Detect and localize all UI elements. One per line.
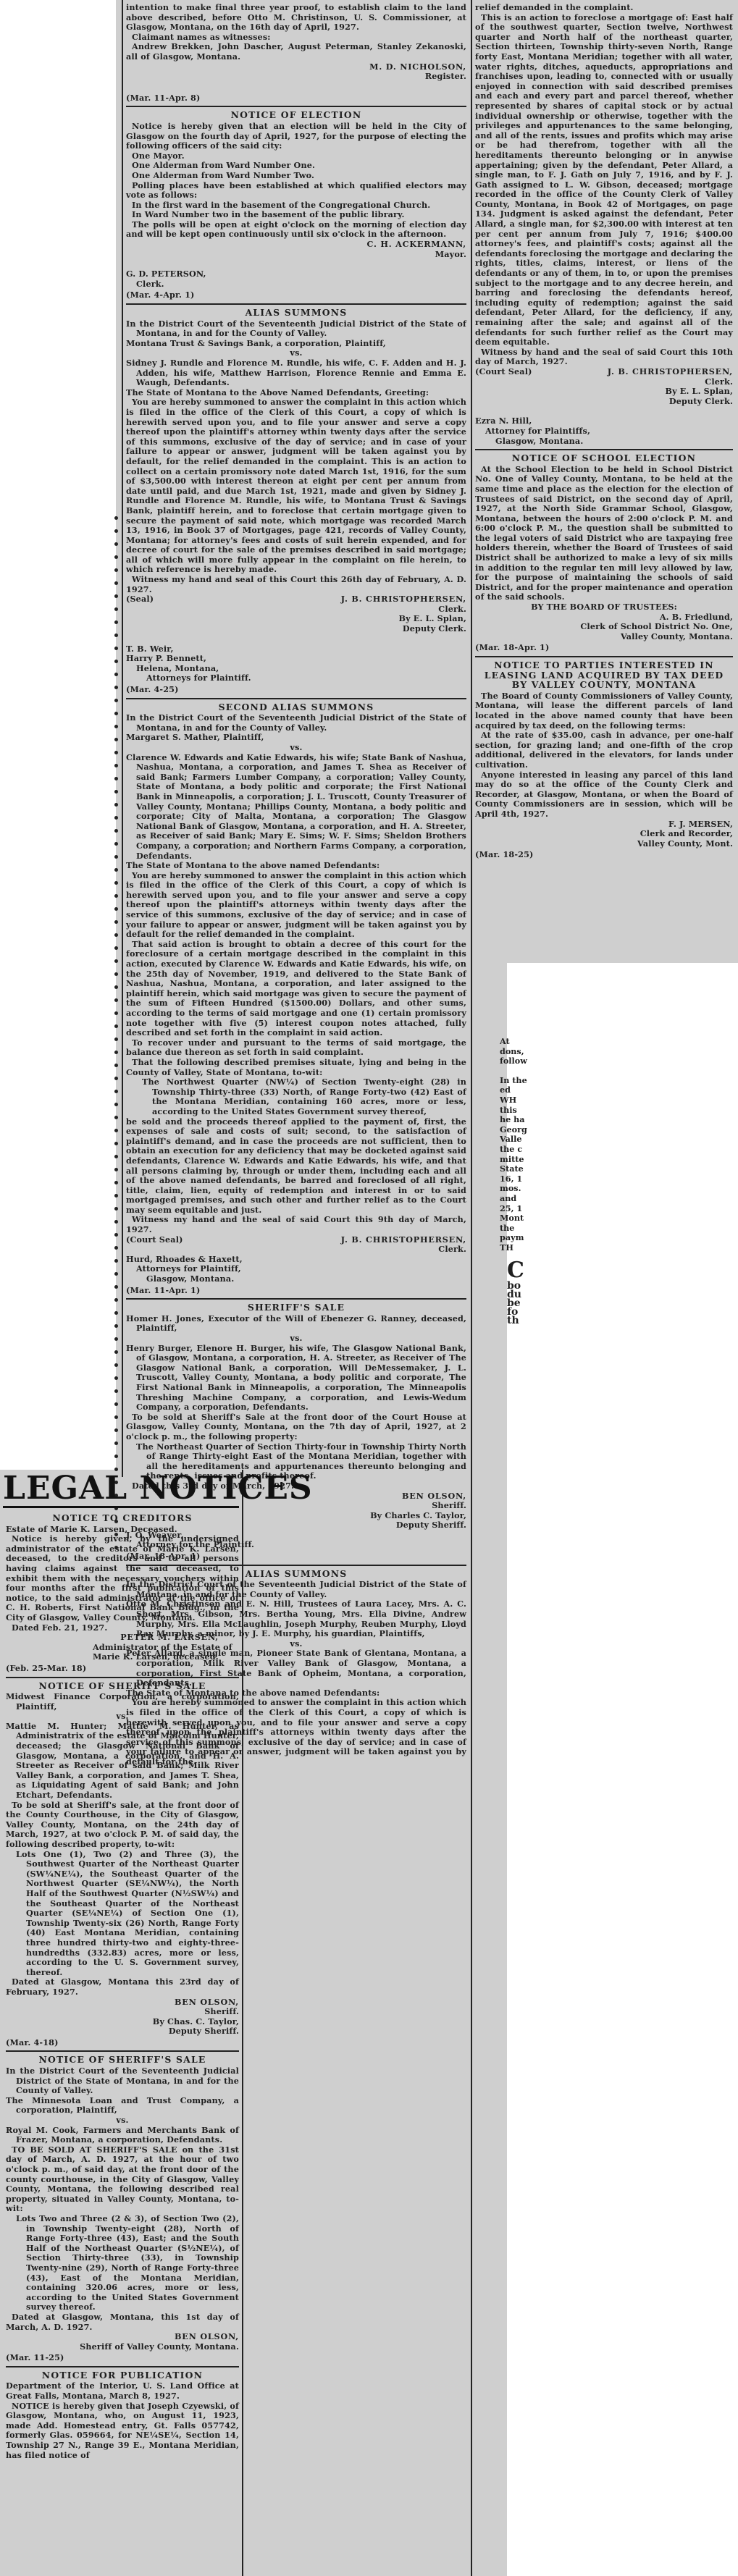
sheriffs-sale-jones-body: To be sold at Sheriff's Sale at the fron… — [126, 1413, 466, 1442]
fragment-line: dons, — [500, 1047, 529, 1057]
notice-alias-summons-allard-tail: relief demanded in the complaint. This i… — [475, 3, 733, 446]
alias-summons-attorney-1: T. B. Weir, — [126, 644, 466, 654]
alias-summons-seal: (Seal) — [126, 594, 154, 604]
fragment-line: At — [500, 1037, 529, 1047]
notice-sheriffs-sale-cook: NOTICE OF SHERIFF'S SALE In the District… — [6, 2055, 239, 2362]
election-clerk-signature: G. D. PETERSON, — [126, 269, 466, 279]
fragment-line: the — [500, 1224, 529, 1234]
sheriffs-sale-jones-plaintiff: Homer H. Jones, Executor of the Will of … — [126, 1314, 466, 1334]
second-alias-run-dates: (Mar. 11-Apr. 1) — [126, 1286, 466, 1296]
leasing-body-2: At the rate of $35.00, cash in advance, … — [475, 731, 733, 770]
divider — [126, 1298, 466, 1300]
election-office-3: One Alderman from Ward Number Two. — [126, 171, 466, 181]
fragment-line: Mont — [500, 1213, 529, 1224]
homestead-witnesses-label: Claimant names as witnesses: — [126, 33, 466, 43]
leasing-signature: F. J. MERSEN, — [475, 820, 733, 830]
cook-title: NOTICE OF SHERIFF'S SALE — [6, 2055, 239, 2065]
scan-region-tail — [472, 1853, 507, 2576]
second-alias-property: The Northwest Quarter (NW¼) of Section T… — [126, 1077, 466, 1116]
hunter-body: To be sold at Sheriff's sale, at the fro… — [6, 1801, 239, 1850]
allard-tail-clerk: J. B. CHRISTOPHERSEN, — [608, 367, 733, 377]
divider — [126, 106, 466, 107]
legal-notices-heading: LEGAL NOTICES — [3, 1470, 313, 1507]
alias-summons-run-dates: (Mar. 4-25) — [126, 685, 466, 695]
fragment-line: th — [507, 1316, 529, 1325]
second-alias-vs: vs. — [126, 743, 466, 753]
hunter-deputy: By Chas. C. Taylor, — [6, 2017, 239, 2027]
leasing-signature-place: Valley County, Mont. — [475, 839, 733, 849]
election-polling: Polling places have been established at … — [126, 181, 466, 201]
second-alias-body-4: That the following described premises si… — [126, 1058, 466, 1077]
second-alias-seal: (Court Seal) — [126, 1234, 183, 1245]
alias-summons-seal-line: (Seal) J. B. CHRISTOPHERSEN, — [126, 594, 466, 605]
cook-plaintiff: The Minnesota Loan and Trust Company, a … — [6, 2096, 239, 2116]
masthead-rule — [3, 1506, 239, 1508]
fragment-line: ed — [500, 1085, 529, 1095]
hunter-sheriff-title: Sheriff. — [6, 2007, 239, 2017]
allard-tail-seal-line: (Court Seal) J. B. CHRISTOPHERSEN, — [475, 367, 733, 377]
cook-vs: vs. — [6, 2116, 239, 2126]
binding-dots — [114, 507, 120, 1462]
second-alias-attorney-2: Attorneys for Plaintiff, — [126, 1264, 466, 1274]
school-election-signature-place: Valley County, Montana. — [475, 632, 733, 642]
publication-body: Department of the Interior, U. S. Land O… — [6, 2381, 239, 2401]
second-alias-plaintiff: Margaret S. Mather, Plaintiff, — [126, 733, 466, 743]
fragment-line: and — [500, 1194, 529, 1204]
creditors-signature: PETER M. LARSEN, — [6, 1633, 239, 1643]
hunter-title: NOTICE OF SHERIFF'S SALE — [6, 1681, 239, 1691]
allard-tail-clerk-title: Clerk. — [475, 377, 733, 387]
fragment-line: 25, 1 — [500, 1204, 529, 1214]
notice-alias-summons-rundle: ALIAS SUMMONS In the District Court of t… — [126, 308, 466, 695]
second-alias-body-2: That said action is brought to obtain a … — [126, 940, 466, 1038]
second-alias-court: In the District Court of the Seventeenth… — [126, 713, 466, 733]
election-intro: Notice is hereby given that an election … — [126, 122, 466, 151]
leasing-body-1: The Board of County Commissioners of Val… — [475, 691, 733, 731]
alias-summons-attorney-4: Attorneys for Plaintiff. — [126, 673, 466, 683]
hunter-property: Lots One (1), Two (2) and Three (3), the… — [6, 1850, 239, 1978]
alias-summons-witness: Witness my hand and seal of this Court t… — [126, 575, 466, 594]
leasing-body-3: Anyone interested in leasing any parcel … — [475, 770, 733, 820]
leasing-title: NOTICE TO PARTIES INTERESTED IN LEASING … — [475, 660, 733, 690]
election-office-2: One Alderman from Ward Number One. — [126, 161, 466, 171]
allard-tail-deputy-title: Deputy Clerk. — [475, 397, 733, 407]
second-alias-attorney-1: Hurd, Rhoades & Haxett, — [126, 1255, 466, 1265]
allard-tail-deputy: By E. L. Splan, — [475, 387, 733, 397]
fragment-line: mitte — [500, 1155, 529, 1165]
cook-sheriff: BEN OLSON, — [6, 2332, 239, 2342]
creditors-run-dates: (Feb. 25-Mar. 18) — [6, 1664, 239, 1674]
allard-tail-lead: relief demanded in the complaint. — [475, 3, 733, 13]
publication-body-2: NOTICE is hereby given that Joseph Czyew… — [6, 2402, 239, 2461]
hunter-sheriff: BEN OLSON, — [6, 1998, 239, 2008]
homestead-signature: M. D. NICHOLSON, — [126, 62, 466, 72]
election-office-1: One Mayor. — [126, 151, 466, 161]
school-election-signature: A. B. Friedlund, — [475, 613, 733, 623]
second-alias-seal-line: (Court Seal) J. B. CHRISTOPHERSEN, — [126, 1235, 466, 1245]
second-alias-attorney-3: Glasgow, Montana. — [126, 1274, 466, 1284]
creditors-signature-title: Administrator of the Estate of Marie K. … — [6, 1643, 239, 1662]
divider — [6, 1677, 239, 1678]
fragment-line: WH — [500, 1095, 529, 1106]
notice-creditors: NOTICE TO CREDITORS Estate of Marie K. L… — [6, 1513, 239, 1674]
divider — [126, 303, 466, 305]
second-alias-body-1: You are hereby summoned to answer the co… — [126, 871, 466, 940]
divider — [475, 656, 733, 657]
alias-summons-deputy-title: Deputy Clerk. — [126, 624, 466, 634]
election-mayor-title: Mayor. — [126, 250, 466, 260]
homestead-body: intention to make final three year proof… — [126, 3, 466, 33]
divider — [126, 698, 466, 699]
cook-body: TO BE SOLD AT SHERIFF'S SALE on the 31st… — [6, 2145, 239, 2214]
divider — [475, 449, 733, 450]
cook-dated: Dated at Glasgow, Montana, this 1st day … — [6, 2312, 239, 2332]
hunter-deputy-title: Deputy Sheriff. — [6, 2026, 239, 2037]
alias-summons-title: ALIAS SUMMONS — [126, 308, 466, 318]
notice-leasing-land: NOTICE TO PARTIES INTERESTED IN LEASING … — [475, 660, 733, 860]
hunter-defendants: Mattie M. Hunter; Mattie M. Hunter, as A… — [6, 1722, 239, 1801]
fragment-line: 16, 1 — [500, 1174, 529, 1184]
allard-tail-attorney-1: Ezra N. Hill, — [475, 416, 733, 426]
alias-summons-clerk-title: Clerk. — [126, 605, 466, 615]
second-alias-greeting: The State of Montana to the above named … — [126, 861, 466, 871]
second-alias-clerk-title: Clerk. — [126, 1245, 466, 1255]
alias-summons-vs: vs. — [126, 348, 466, 358]
leasing-signature-title: Clerk and Recorder, — [475, 829, 733, 839]
fragment-line: Georg — [500, 1125, 529, 1135]
alias-summons-attorney-2: Harry P. Bennett, — [126, 654, 466, 664]
creditors-estate: Estate of Marie K. Larsen, Deceased. — [6, 1525, 239, 1535]
allard-tail-witness: Witness by hand and the seal of said Cou… — [475, 348, 733, 367]
column-c: relief demanded in the complaint. This i… — [475, 3, 733, 860]
fragment-line: he ha — [500, 1115, 529, 1125]
column-a: NOTICE TO CREDITORS Estate of Marie K. L… — [6, 1510, 239, 2460]
hunter-vs: vs. — [6, 1712, 239, 1722]
hunter-plaintiff: Midwest Finance Corporation, a corporati… — [6, 1692, 239, 1712]
sheriffs-sale-jones-title: SHERIFF'S SALE — [126, 1302, 466, 1313]
cut-fragment: At dons, follow In the ed WH this he ha … — [500, 1037, 529, 1253]
fragment-line: follow — [500, 1056, 529, 1066]
fragment-line: Valle — [500, 1135, 529, 1145]
alias-summons-plaintiff: Montana Trust & Savings Bank, a corporat… — [126, 339, 466, 349]
hunter-dated: Dated at Glasgow, Montana this 23rd day … — [6, 1977, 239, 1997]
alias-summons-defendants: Sidney J. Rundle and Florence M. Rundle,… — [126, 358, 466, 388]
allard-tail-attorney-3: Glasgow, Montana. — [475, 437, 733, 447]
allard-tail-body: This is an action to foreclose a mortgag… — [475, 13, 733, 348]
homestead-witnesses: Andrew Brekken, John Dascher, August Pet… — [126, 42, 466, 62]
notice-homestead-tail: intention to make final three year proof… — [126, 3, 466, 103]
creditors-body: Notice is hereby given, by the undersign… — [6, 1534, 239, 1622]
homestead-run-dates: (Mar. 11-Apr. 8) — [126, 93, 466, 104]
second-alias-body-3: To recover under and pursuant to the ter… — [126, 1038, 466, 1058]
sheriffs-sale-jones-defendants: Henry Burger, Elenore H. Burger, his wif… — [126, 1344, 466, 1413]
alias-summons-greeting: The State of Montana to the Above Named … — [126, 388, 466, 398]
fragment-line: In the — [500, 1076, 529, 1086]
cook-court: In the District Court of the Seventeenth… — [6, 2066, 239, 2096]
alias-summons-body: You are hereby summoned to answer the co… — [126, 397, 466, 575]
allard-tail-attorney-2: Attorney for Plaintiffs, — [475, 426, 733, 437]
notice-election: NOTICE OF ELECTION Notice is hereby give… — [126, 110, 466, 300]
election-hours: The polls will be open at eight o'clock … — [126, 220, 466, 240]
column-rule-b — [122, 0, 123, 1477]
second-alias-body-5: be sold and the proceeds thereof applied… — [126, 1117, 466, 1216]
alias-summons-deputy: By E. L. Splan, — [126, 614, 466, 624]
cook-defendants: Royal M. Cook, Farmers and Merchants Ban… — [6, 2126, 239, 2145]
cut-fragment-2: C bo du be fo th — [507, 1260, 529, 1325]
second-alias-defendants: Clarence W. Edwards and Katie Edwards, h… — [126, 753, 466, 862]
alias-summons-attorney-3: Helena, Montana, — [126, 664, 466, 674]
election-clerk-title: Clerk. — [126, 279, 466, 290]
sheriffs-sale-jones-vs: vs. — [126, 1334, 466, 1344]
second-alias-witness: Witness my hand and the seal of said Cou… — [126, 1215, 466, 1234]
fragment-line: paym — [500, 1233, 529, 1243]
election-run-dates: (Mar. 4-Apr. 1) — [126, 290, 466, 300]
fragment-line: mos. — [500, 1184, 529, 1194]
divider — [6, 2366, 239, 2367]
hunter-run-dates: (Mar. 4-18) — [6, 2038, 239, 2048]
cook-property: Lots Two and Three (2 & 3), of Section T… — [6, 2214, 239, 2312]
leasing-run-dates: (Mar. 18-25) — [475, 850, 733, 860]
school-election-run-dates: (Mar. 18-Apr. 1) — [475, 643, 733, 653]
divider — [6, 2050, 239, 2052]
notice-second-alias-summons: SECOND ALIAS SUMMONS In the District Cou… — [126, 702, 466, 1296]
fragment-line: State — [500, 1164, 529, 1174]
school-election-body: At the School Election to be held in Sch… — [475, 465, 733, 602]
school-election-by: BY THE BOARD OF TRUSTEES: — [475, 602, 733, 613]
second-alias-title: SECOND ALIAS SUMMONS — [126, 702, 466, 712]
cook-run-dates: (Mar. 11-25) — [6, 2353, 239, 2363]
notice-school-election: NOTICE OF SCHOOL ELECTION At the School … — [475, 453, 733, 653]
fragment-line: TH — [500, 1243, 529, 1253]
publication-title: NOTICE FOR PUBLICATION — [6, 2370, 239, 2381]
cook-sheriff-title: Sheriff of Valley County, Montana. — [6, 2342, 239, 2352]
homestead-signature-title: Register. — [126, 72, 466, 82]
election-ward1: In the first ward in the basement of the… — [126, 201, 466, 211]
notice-sheriffs-sale-hunter: NOTICE OF SHERIFF'S SALE Midwest Finance… — [6, 1681, 239, 2048]
school-election-title: NOTICE OF SCHOOL ELECTION — [475, 453, 733, 463]
allard-tail-seal: (Court Seal) — [475, 366, 532, 376]
column-rule-c — [471, 0, 472, 2576]
school-election-signature-title: Clerk of School District No. One, — [475, 622, 733, 632]
creditors-dated: Dated Feb. 21, 1927. — [6, 1623, 239, 1633]
alias-summons-clerk: J. B. CHRISTOPHERSEN, — [341, 594, 466, 605]
alias-summons-court: In the District Court of the Seventeenth… — [126, 319, 466, 339]
notice-for-publication: NOTICE FOR PUBLICATION Department of the… — [6, 2370, 239, 2460]
creditors-title: NOTICE TO CREDITORS — [6, 1513, 239, 1523]
election-ward2: In Ward Number two in the basement of th… — [126, 210, 466, 220]
fragment-line: the c — [500, 1145, 529, 1155]
election-mayor-signature: C. H. ACKERMANN, — [126, 240, 466, 250]
fragment-line: C — [507, 1260, 529, 1281]
fragment-line: this — [500, 1106, 529, 1116]
election-title: NOTICE OF ELECTION — [126, 110, 466, 120]
second-alias-clerk: J. B. CHRISTOPHERSEN, — [341, 1235, 466, 1245]
